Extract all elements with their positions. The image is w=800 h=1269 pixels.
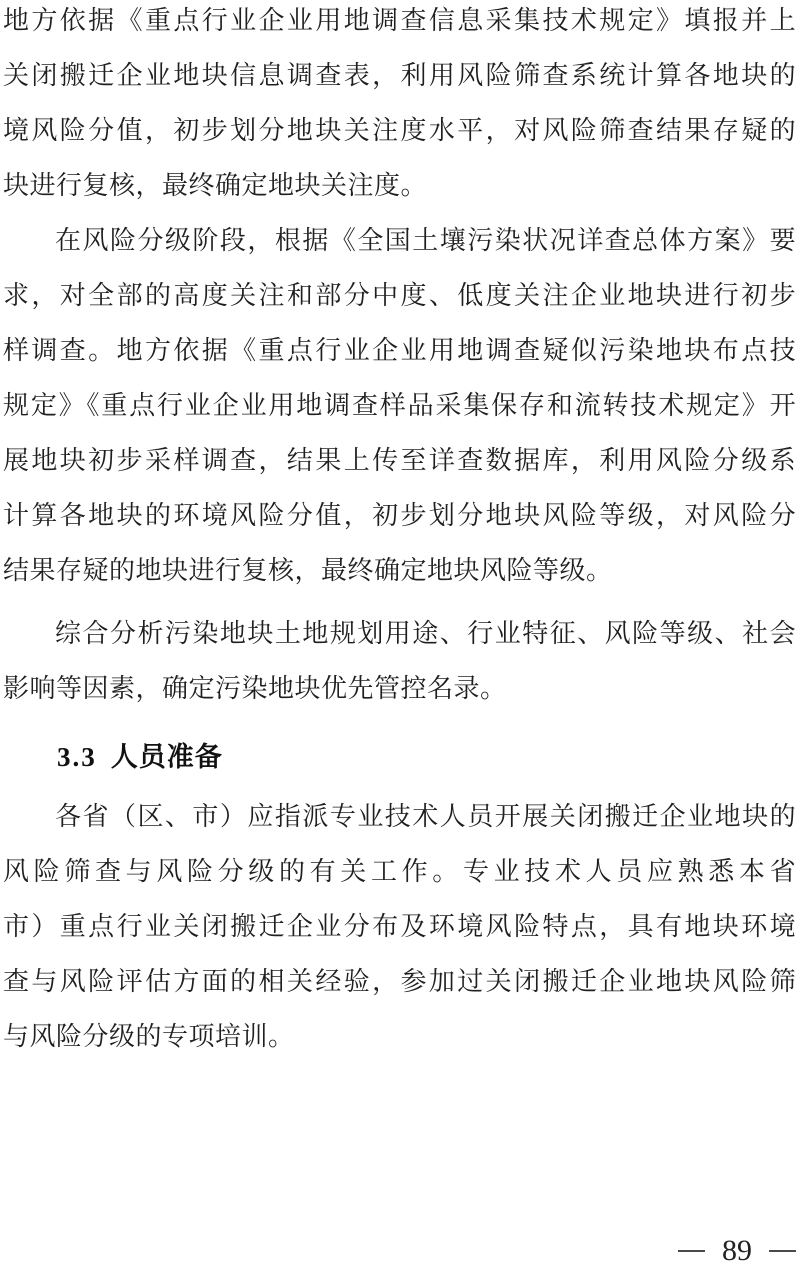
text-line: 与风险分级的专项培训。	[3, 1009, 797, 1064]
document-page: 地方依据《重点行业企业用地调查信息采集技术规定》填报并上传关闭搬迁企业地块信息调…	[0, 0, 800, 1269]
page-number: 89	[722, 1236, 752, 1266]
text-line: 地方依据《重点行业企业用地调查信息采集技术规定》填报并上传	[3, 0, 797, 48]
page-footer: 89	[678, 1233, 796, 1269]
text-line: 查与风险评估方面的相关经验，参加过关闭搬迁企业地块风险筛查	[3, 954, 797, 1009]
text-line: 市）重点行业关闭搬迁企业分布及环境风险特点，具有地块环境调	[3, 899, 797, 954]
text-line: 各省（区、市）应指派专业技术人员开展关闭搬迁企业地块的	[3, 789, 797, 844]
footer-right-dash	[769, 1250, 796, 1252]
section-heading: 3.3人员准备	[3, 730, 797, 785]
paragraph-risk-grading-stage: 在风险分级阶段，根据《全国土壤污染状况详查总体方案》要求，对全部的高度关注和部分…	[3, 213, 797, 598]
text-line: 结果存疑的地块进行复核，最终确定地块风险等级。	[3, 543, 797, 598]
section-heading-number: 3.3	[57, 742, 97, 772]
text-line: 样调查。地方依据《重点行业企业用地调查疑似污染地块布点技术	[3, 323, 797, 378]
text-line: 计算各地块的环境风险分值，初步划分地块风险等级，对风险分级	[3, 488, 797, 543]
section-heading-title: 人员准备	[111, 742, 223, 772]
footer-left-dash	[678, 1250, 705, 1252]
text-line: 风险筛查与风险分级的有关工作。专业技术人员应熟悉本省（区、	[3, 844, 797, 899]
text-line: 综合分析污染地块土地规划用途、行业特征、风险等级、社会	[3, 606, 797, 661]
text-line: 影响等因素，确定污染地块优先管控名录。	[3, 661, 797, 716]
text-line: 境风险分值，初步划分地块关注度水平，对风险筛查结果存疑的地	[3, 103, 797, 158]
text-line: 展地块初步采样调查，结果上传至详查数据库，利用风险分级系统	[3, 433, 797, 488]
text-line: 块进行复核，最终确定地块关注度。	[3, 158, 797, 213]
paragraph-continuation: 地方依据《重点行业企业用地调查信息采集技术规定》填报并上传关闭搬迁企业地块信息调…	[3, 0, 797, 213]
document-body: 地方依据《重点行业企业用地调查信息采集技术规定》填报并上传关闭搬迁企业地块信息调…	[3, 0, 797, 1064]
paragraph-priority-control-list: 综合分析污染地块土地规划用途、行业特征、风险等级、社会影响等因素，确定污染地块优…	[3, 606, 797, 716]
text-line: 关闭搬迁企业地块信息调查表，利用风险筛查系统计算各地块的环	[3, 48, 797, 103]
paragraph-personnel-preparation: 各省（区、市）应指派专业技术人员开展关闭搬迁企业地块的风险筛查与风险分级的有关工…	[3, 789, 797, 1064]
text-line: 在风险分级阶段，根据《全国土壤污染状况详查总体方案》要	[3, 213, 797, 268]
text-line: 规定》《重点行业企业用地调查样品采集保存和流转技术规定》开	[3, 378, 797, 433]
text-line: 求，对全部的高度关注和部分中度、低度关注企业地块进行初步采	[3, 268, 797, 323]
